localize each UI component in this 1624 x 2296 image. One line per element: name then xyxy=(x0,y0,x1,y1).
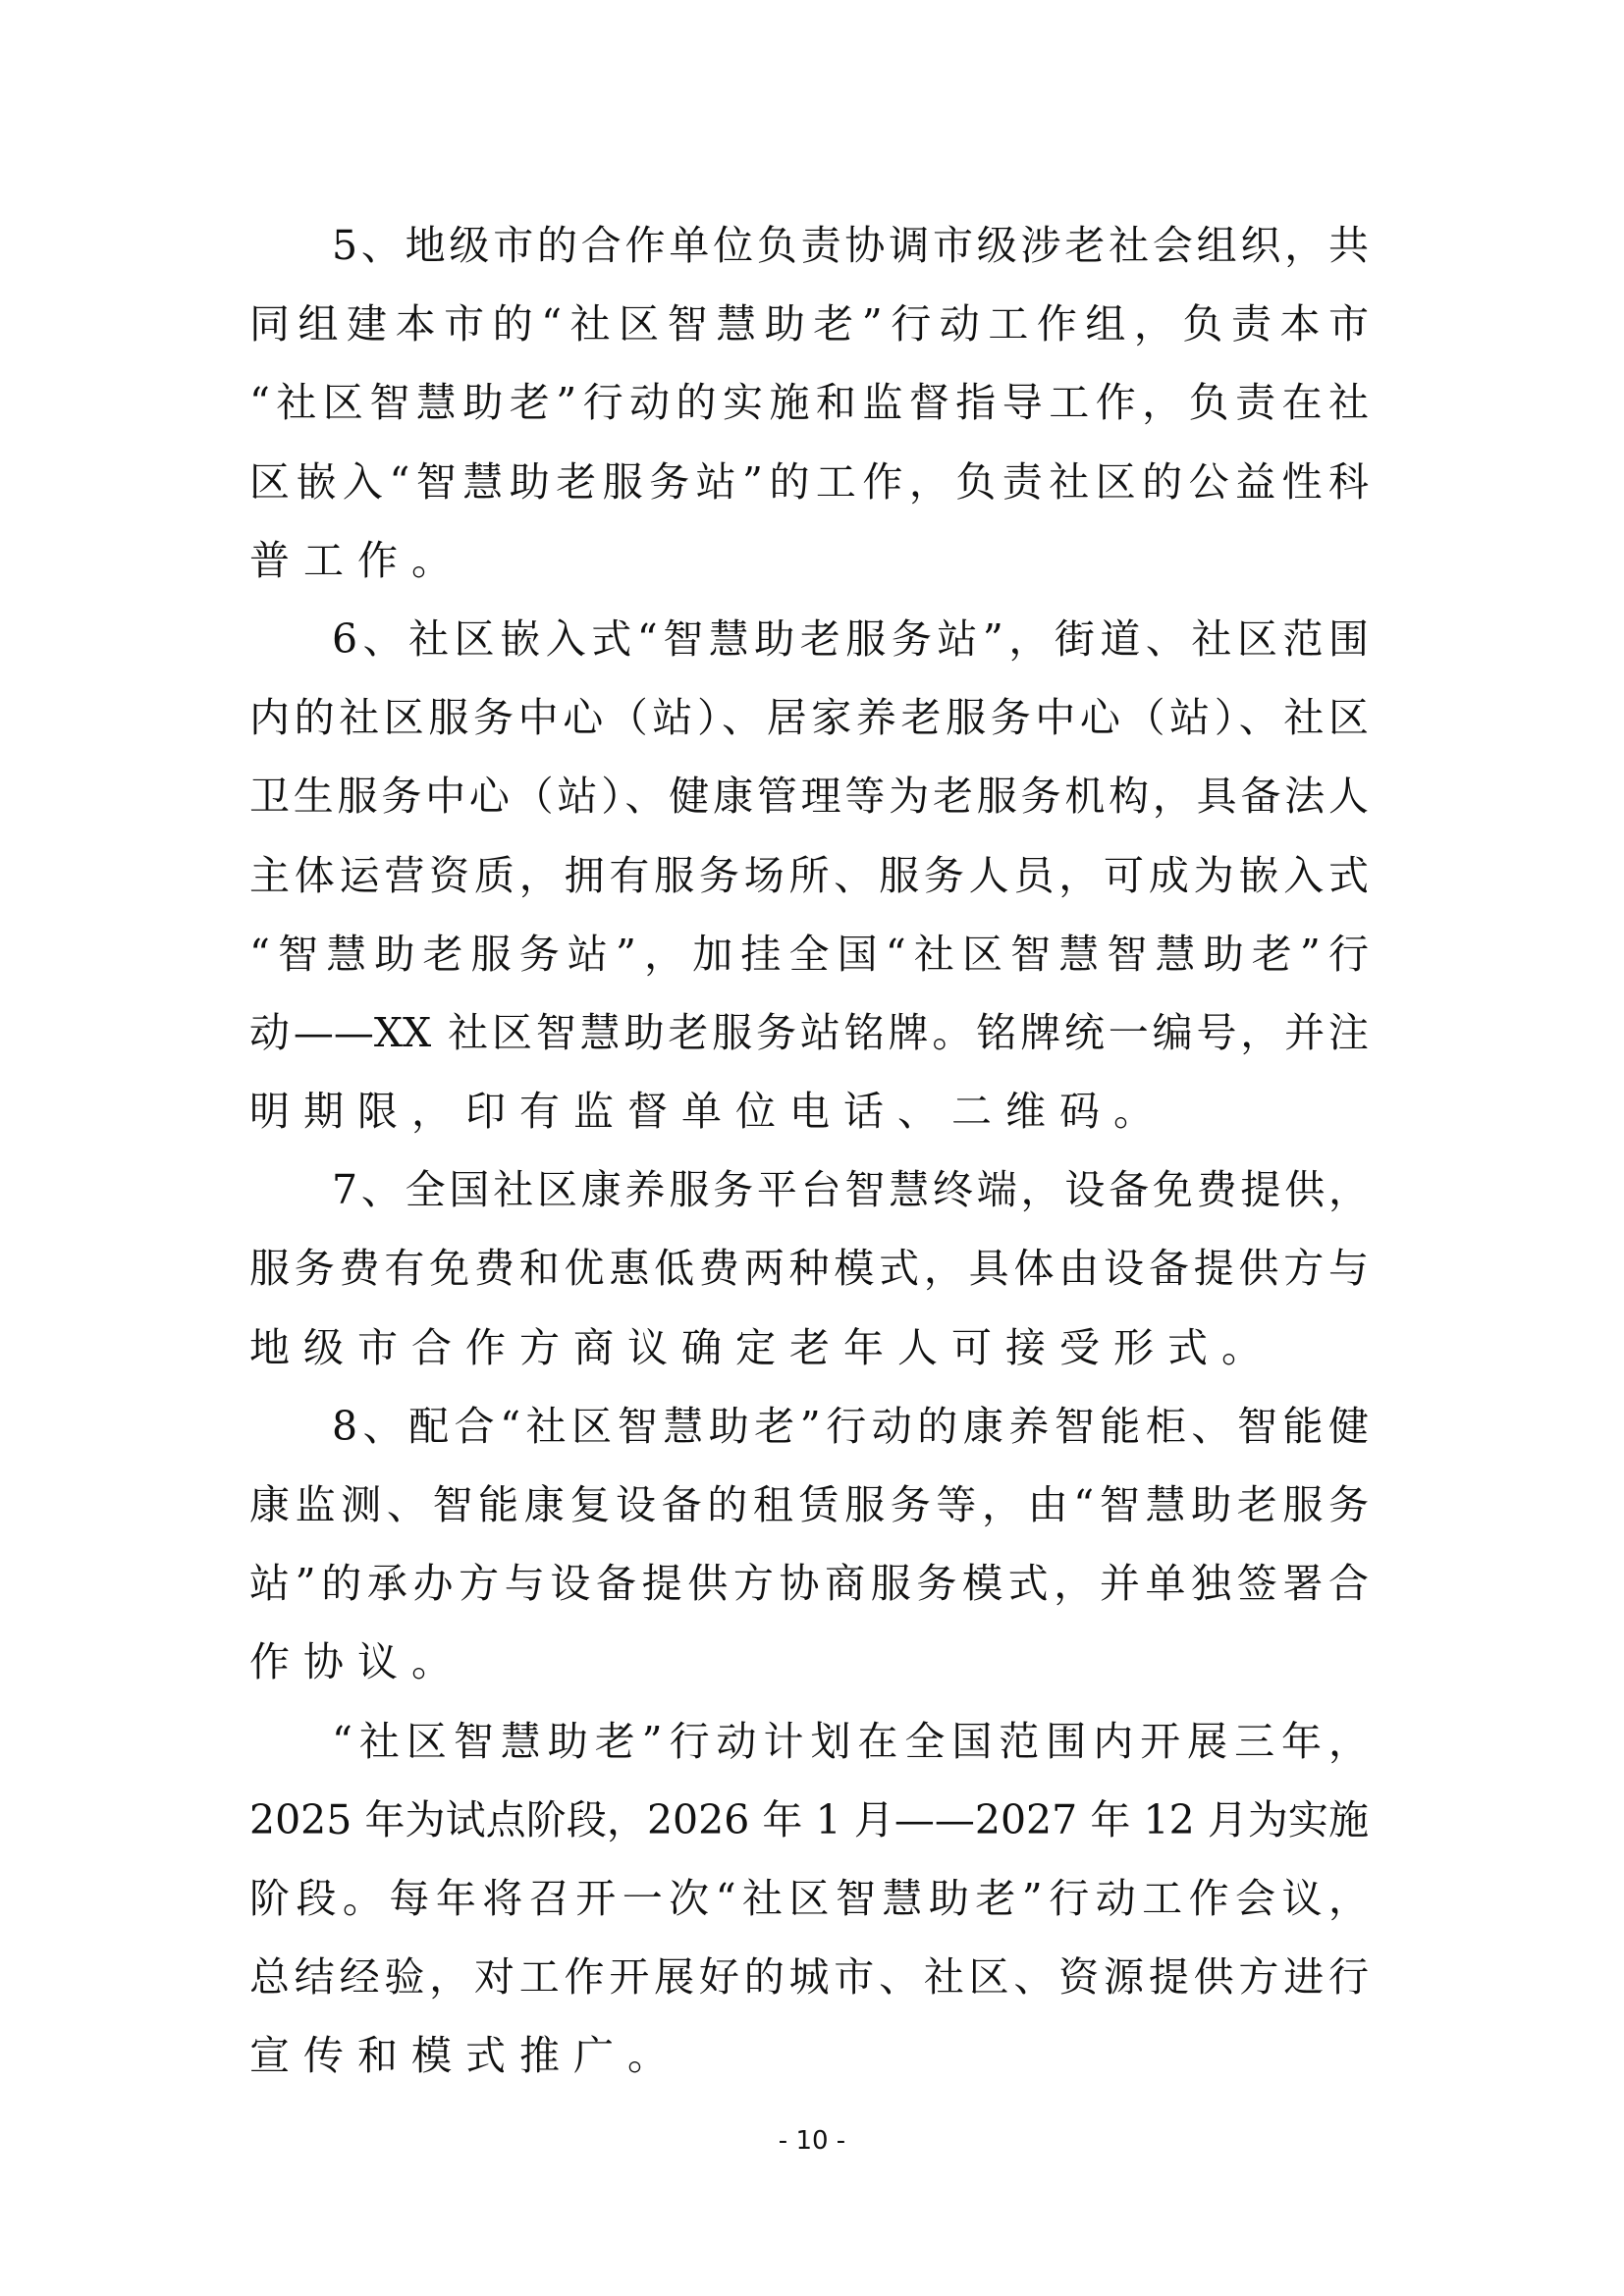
text-line: 同组建本市的“社区智慧助老”行动工作组，负责本市 xyxy=(249,296,1369,375)
text-line: 服务费有免费和优惠低费两种模式，具体由设备提供方与 xyxy=(249,1241,1369,1319)
paragraph-item-6: 6、社区嵌入式“智慧助老服务站”，街道、社区范围 内的社区服务中心（站）、居家养… xyxy=(249,612,1369,1162)
text-line: 康监测、智能康复设备的租赁服务等，由“智慧助老服务 xyxy=(249,1477,1369,1556)
paragraph-item-8: 8、配合“社区智慧助老”行动的康养智能柜、智能健 康监测、智能康复设备的租赁服务… xyxy=(249,1399,1369,1714)
paragraph-item-5: 5、地级市的合作单位负责协调市级涉老社会组织，共 同组建本市的“社区智慧助老”行… xyxy=(249,218,1369,612)
text-line: 地级市合作方商议确定老年人可接受形式。 xyxy=(249,1320,1369,1399)
text-line: 内的社区服务中心（站）、居家养老服务中心（站）、社区 xyxy=(249,690,1369,769)
text-line: “社区智慧助老”行动的实施和监督指导工作，负责在社 xyxy=(249,375,1369,454)
document-page: 5、地级市的合作单位负责协调市级涉老社会组织，共 同组建本市的“社区智慧助老”行… xyxy=(0,0,1624,2296)
text-line: “社区智慧助老”行动计划在全国范围内开展三年， xyxy=(249,1714,1369,1792)
text-line: “智慧助老服务站”，加挂全国“社区智慧智慧助老”行 xyxy=(249,927,1369,1005)
text-line: 7、全国社区康养服务平台智慧终端，设备免费提供， xyxy=(249,1162,1369,1241)
text-line: 普工作。 xyxy=(249,533,1369,612)
paragraph-timeline: “社区智慧助老”行动计划在全国范围内开展三年， 2025 年为试点阶段，2026… xyxy=(249,1714,1369,2108)
text-line: 动——XX 社区智慧助老服务站铭牌。铭牌统一编号，并注 xyxy=(249,1005,1369,1084)
text-line: 阶段。每年将召开一次“社区智慧助老”行动工作会议， xyxy=(249,1871,1369,1949)
text-line: 5、地级市的合作单位负责协调市级涉老社会组织，共 xyxy=(249,218,1369,296)
body-text: 5、地级市的合作单位负责协调市级涉老社会组织，共 同组建本市的“社区智慧助老”行… xyxy=(249,218,1369,2108)
text-line: 站”的承办方与设备提供方协商服务模式，并单独签署合 xyxy=(249,1556,1369,1634)
text-line: 总结经验，对工作开展好的城市、社区、资源提供方进行 xyxy=(249,1949,1369,2028)
paragraph-item-7: 7、全国社区康养服务平台智慧终端，设备免费提供， 服务费有免费和优惠低费两种模式… xyxy=(249,1162,1369,1399)
text-line: 主体运营资质，拥有服务场所、服务人员，可成为嵌入式 xyxy=(249,848,1369,927)
page-number: - 10 - xyxy=(0,2126,1624,2156)
text-line: 作协议。 xyxy=(249,1634,1369,1713)
text-line: 区嵌入“智慧助老服务站”的工作，负责社区的公益性科 xyxy=(249,454,1369,533)
text-line: 卫生服务中心（站）、健康管理等为老服务机构，具备法人 xyxy=(249,769,1369,847)
text-line: 2025 年为试点阶段，2026 年 1 月——2027 年 12 月为实施 xyxy=(249,1792,1369,1871)
text-line: 宣传和模式推广。 xyxy=(249,2028,1369,2107)
text-line: 6、社区嵌入式“智慧助老服务站”，街道、社区范围 xyxy=(249,612,1369,690)
text-line: 明期限，印有监督单位电话、二维码。 xyxy=(249,1084,1369,1162)
text-line: 8、配合“社区智慧助老”行动的康养智能柜、智能健 xyxy=(249,1399,1369,1477)
